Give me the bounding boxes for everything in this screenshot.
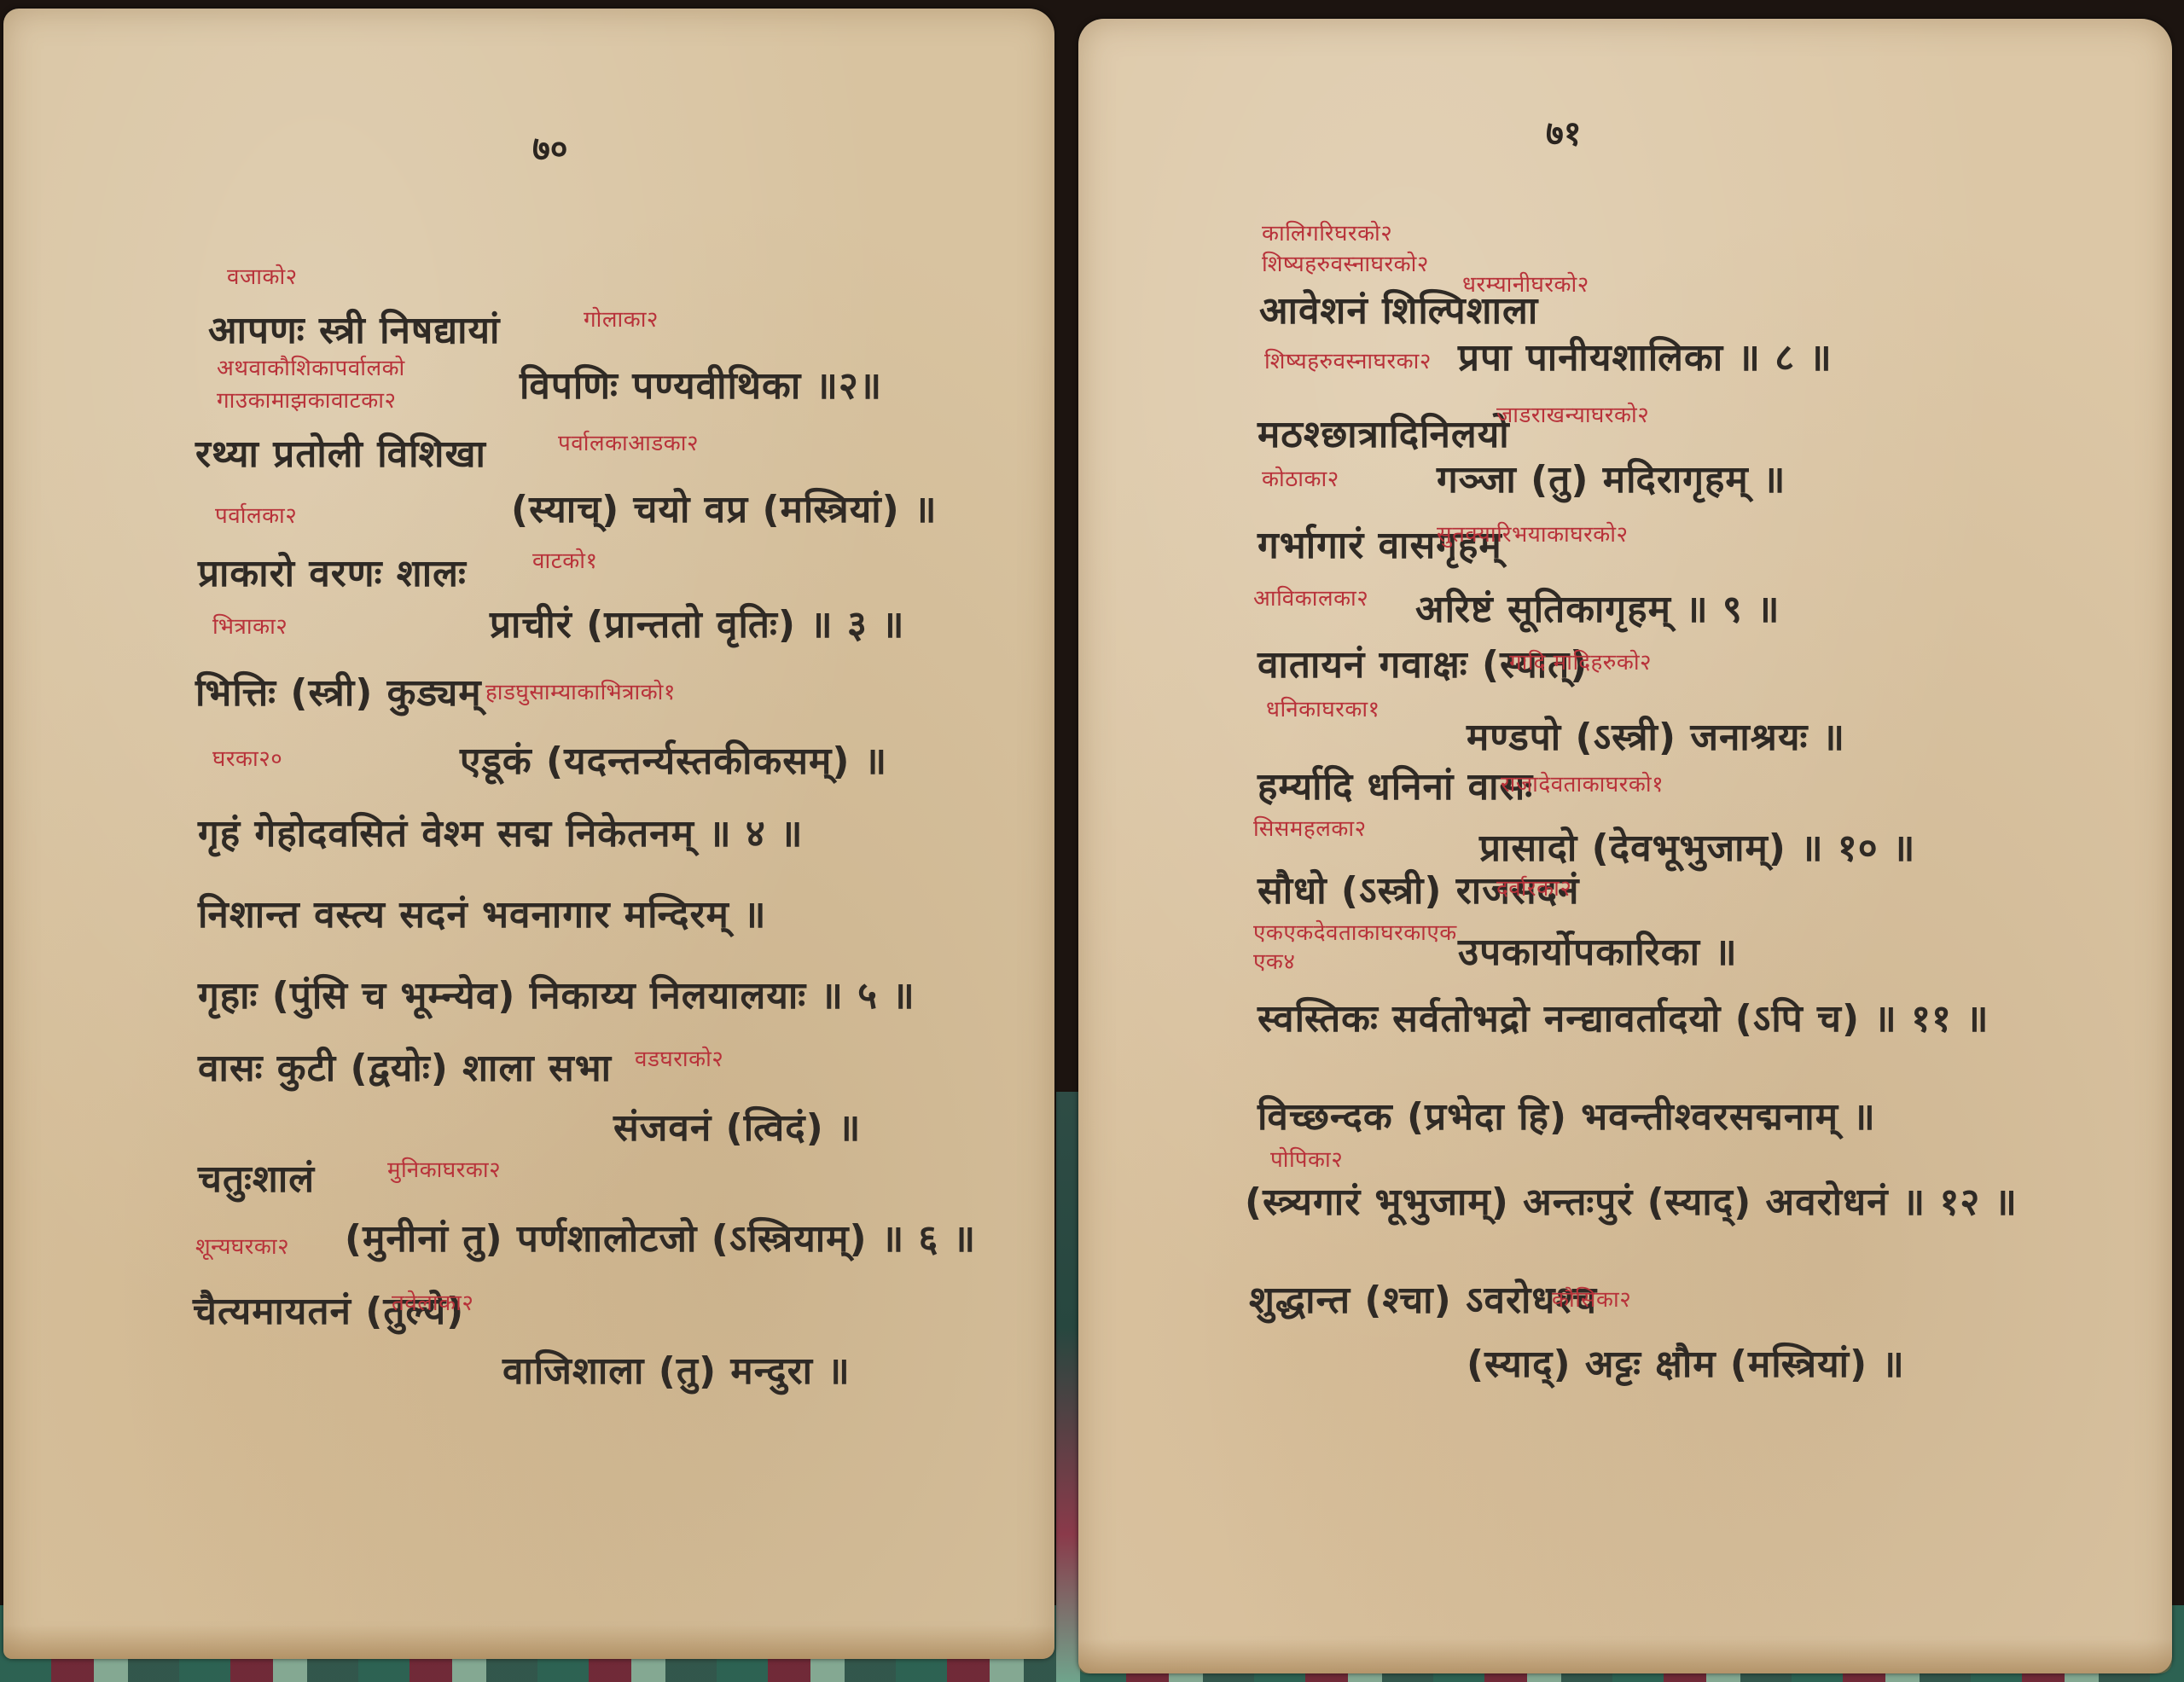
verse-line: गञ्जा (तु) मदिरागृहम् ॥ bbox=[1437, 452, 1786, 503]
folio-number: ७० bbox=[532, 124, 568, 171]
gloss-note: धनिकाघरका१ bbox=[1266, 693, 1380, 723]
gloss-note: पोपिका२ bbox=[1270, 1143, 1343, 1174]
right-page: ७१ कालिगरिघरको२ शिष्यहरुवस्नाघरको२ धरम्य… bbox=[1078, 19, 2172, 1673]
gloss-note: शिष्यहरुवस्नाघरका२ bbox=[1264, 345, 1432, 375]
verse-line: अरिष्टं सूतिकागृहम् ॥ ९ ॥ bbox=[1415, 582, 1780, 633]
verse-line: वासः कुटी (द्वयोः) शाला सभा bbox=[198, 1041, 612, 1092]
verse-line: रथ्या प्रतोली विशिखा bbox=[195, 426, 486, 478]
verse-line: गृहं गेहोदवसितं वेश्म सद्म निकेतनम् ॥ ४ … bbox=[198, 806, 803, 857]
verse-line: प्राचीरं (प्रान्ततो वृतिः) ॥ ३ ॥ bbox=[490, 597, 905, 648]
gloss-note: पर्वालकाआडका२ bbox=[558, 426, 699, 457]
gloss-note: वाटको१ bbox=[532, 544, 598, 575]
gloss-note: भित्राका२ bbox=[212, 610, 288, 641]
verse-line: प्राकारो वरणः शालः bbox=[198, 546, 467, 597]
gloss-note: हाडघुसाम्याकाभित्राको१ bbox=[485, 676, 676, 706]
verse-line: शुद्धान्त (श्चा) ऽवरोधश्च bbox=[1249, 1273, 1597, 1324]
gloss-note: गोलाका२ bbox=[584, 303, 659, 333]
verse-line: (स्त्र्यगारं भूभुजाम्) अन्तःपुरं (स्याद्… bbox=[1245, 1174, 2018, 1226]
verse-line: (मुनीनां तु) पर्णशालोटजो (ऽस्त्रियाम्) ॥… bbox=[345, 1211, 976, 1262]
verse-line: विपणिः पण्यवीथिका ॥२॥ bbox=[520, 358, 882, 409]
verse-line: प्रपा पानीयशालिका ॥ ८ ॥ bbox=[1458, 330, 1833, 381]
binding-gap bbox=[1056, 1092, 1080, 1682]
gloss-note: शून्यघरका२ bbox=[195, 1230, 289, 1261]
left-page: ७० वजाकाे२ आपणः स्त्री निषद्यायां गोलाका… bbox=[3, 9, 1054, 1659]
verse-line: गृहाः (पुंसि च भूम्न्येव) निकाय्य निलयाल… bbox=[198, 968, 915, 1019]
verse-line: आपणः स्त्री निषद्यायां bbox=[208, 303, 500, 354]
verse-line: मण्डपो (ऽस्त्री) जनाश्रयः ॥ bbox=[1467, 710, 1845, 761]
verse-line: संजवनं (त्विदं) ॥ bbox=[613, 1100, 861, 1151]
gloss-note: कालिगरिघरको२ bbox=[1262, 217, 1392, 247]
verse-line: विच्छन्दक (प्रभेदा हि) भवन्तीश्वरसद्मनाम… bbox=[1258, 1089, 1876, 1140]
gloss-note: जाडराखन्याघरको२ bbox=[1496, 398, 1649, 429]
gloss-note: सिसमहलका२ bbox=[1253, 812, 1367, 843]
verse-line: निशान्त वस्त्य सदनं भवनागार मन्दिरम् ॥ bbox=[198, 887, 766, 938]
gloss-note: गाउकामाझकावाटका२ bbox=[217, 384, 396, 415]
gloss-note: वजाकाे२ bbox=[227, 260, 298, 291]
verse-line: वाजिशाला (तु) मन्दुरा ॥ bbox=[502, 1343, 851, 1395]
verse-line: मठश्छात्रादिनिलयो bbox=[1258, 407, 1510, 458]
verse-line: भित्तिः (स्त्री) कुड्यम् bbox=[195, 665, 482, 716]
gloss-note: राजादेवताकाघरको१ bbox=[1501, 768, 1664, 798]
gloss-note: वडघराको२ bbox=[635, 1042, 723, 1073]
gloss-note: घरका२० bbox=[212, 742, 282, 773]
verse-line: (स्याच्) चयो वप्र (मस्त्रियां) ॥ bbox=[511, 482, 937, 533]
page-edge bbox=[3, 1625, 1054, 1659]
verse-line: उपकार्योपकारिका ॥ bbox=[1458, 925, 1738, 976]
gloss-note: अथवाकौशिकापर्वालको bbox=[217, 351, 405, 382]
verse-line: स्वस्तिकः सर्वतोभद्रो नन्द्यावर्तादयो (ऽ… bbox=[1258, 991, 1989, 1042]
gloss-note: कौसिका२ bbox=[1552, 1283, 1631, 1314]
verse-line: एडूकं (यदन्तर्न्यस्तकीकसम्) ॥ bbox=[460, 734, 887, 785]
gloss-note: आविकालका२ bbox=[1253, 582, 1368, 612]
gloss-note: गादि मादिहरुको२ bbox=[1509, 646, 1652, 676]
gloss-note: मुनिकाघरका२ bbox=[387, 1153, 501, 1184]
folio-number: ७१ bbox=[1546, 108, 1582, 155]
gloss-note: शिष्यहरुवस्नाघरको२ bbox=[1262, 247, 1429, 278]
gloss-note: पर्वालका२ bbox=[215, 499, 297, 530]
gloss-note: सुतक्यारिभयाकाघरको२ bbox=[1437, 518, 1629, 548]
verse-line: आवेशनं शिल्पिशाला bbox=[1259, 283, 1538, 334]
page-edge bbox=[1078, 1639, 2172, 1673]
verse-line: (स्याद्) अट्टः क्षौम (मस्त्रियां) ॥ bbox=[1467, 1337, 1905, 1388]
gloss-note: तवेलाका२ bbox=[392, 1286, 473, 1317]
gloss-note: कोठाका२ bbox=[1262, 462, 1339, 493]
verse-line: हर्म्यादि धनिनां वासः bbox=[1258, 759, 1533, 810]
verse-line: चतुःशालं bbox=[198, 1151, 315, 1203]
gloss-note: दर्वारका२ bbox=[1496, 872, 1571, 902]
